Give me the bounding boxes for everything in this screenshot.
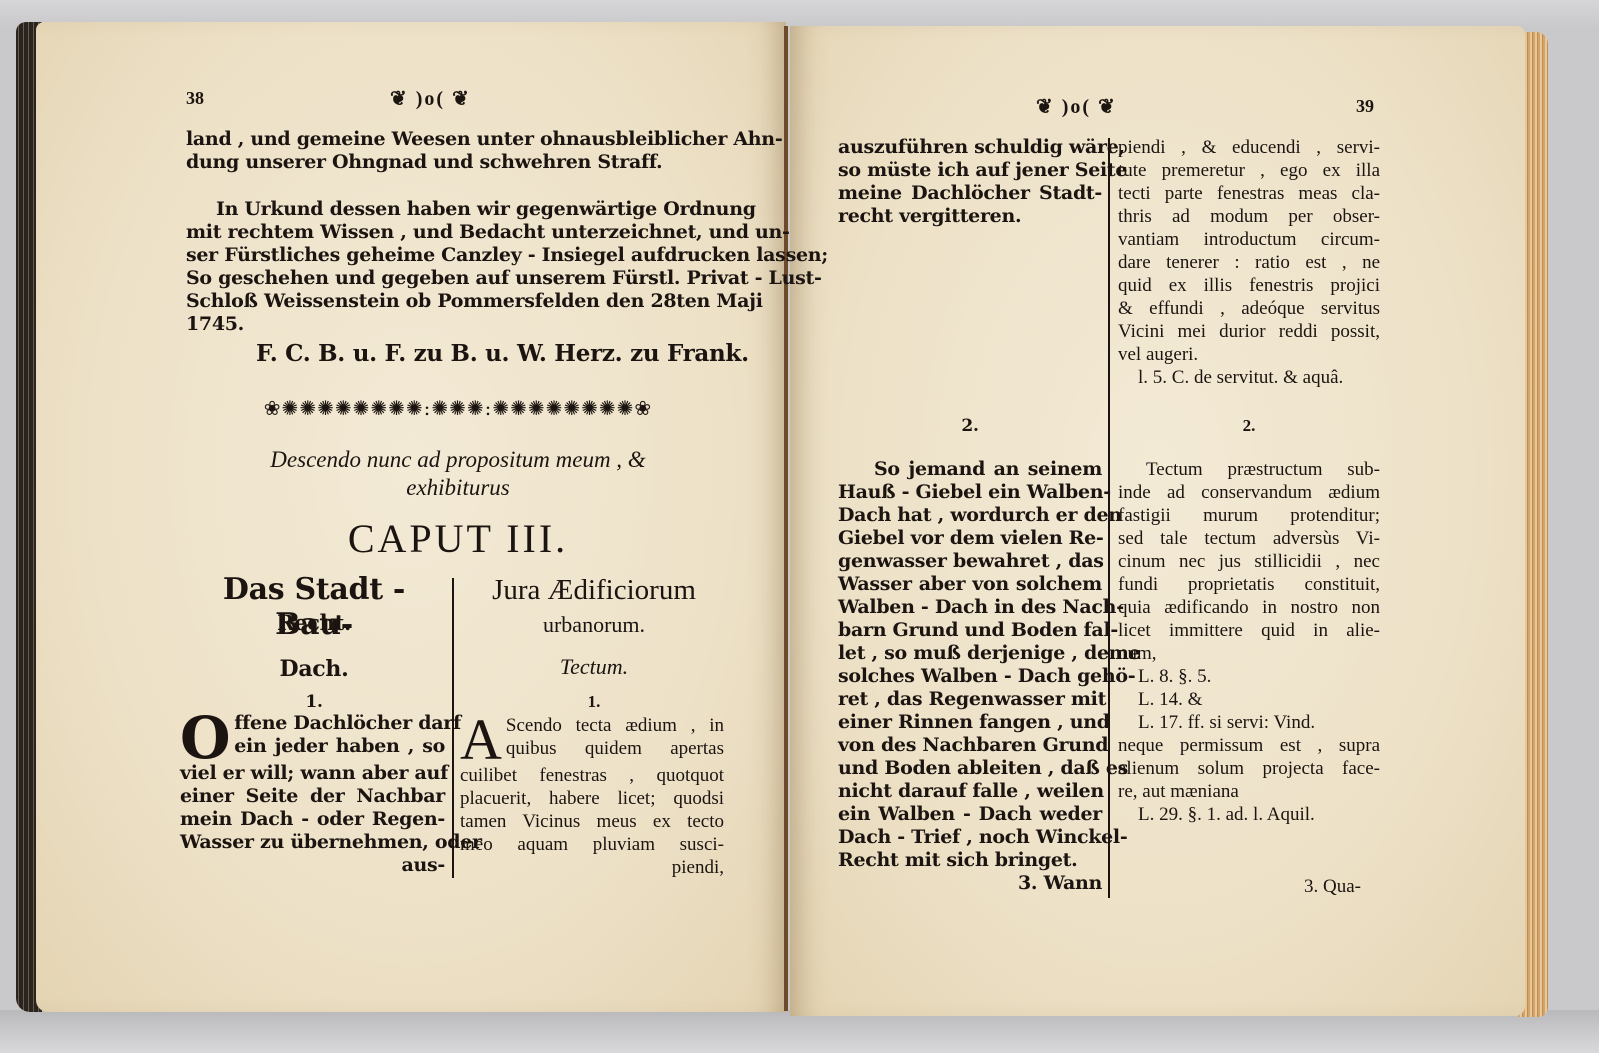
right-german-top: auszuführen schuldig wäre, so müste ich … (838, 136, 1102, 228)
citation: L. 17. ff. si servi: Vind. (1118, 711, 1380, 734)
catchword: 3. Qua- (1304, 876, 1361, 898)
right-latin-top: piendi , & educendi , servi- tute premer… (1118, 136, 1380, 389)
right-german-section-2: So jemand an seinem Hauß - Giebel ein Wa… (838, 458, 1102, 895)
german-heading-2: Recht. (180, 610, 448, 635)
german-section-1: O ffene Dachlöcher darf ein jeder haben … (180, 712, 445, 877)
chapter-title: CAPUT III. (186, 515, 730, 562)
ornament-band: ❀✺✺✺✺✺✺✺✺:✺✺✺:✺✺✺✺✺✺✺✺❀ (186, 396, 730, 420)
left-page-number: 38 (186, 88, 204, 109)
citation: L. 14. & (1118, 688, 1380, 711)
right-german-section-number: 2. (838, 416, 1102, 436)
latin-heading-2: urbanorum. (458, 612, 730, 638)
left-top-paragraph: land , und gemeine Weesen unter ohnausbl… (186, 128, 730, 174)
latin-subheading: Tectum. (458, 654, 730, 680)
citation: L. 8. §. 5. (1118, 665, 1380, 688)
background-bottom (0, 1010, 1599, 1053)
right-latin-section-number: 2. (1118, 416, 1380, 436)
drop-cap: O (180, 714, 230, 762)
right-page-number: 39 (1356, 96, 1374, 117)
right-running-head: ❦ )o( ❦ (1036, 94, 1117, 119)
latin-heading: Jura Ædificiorum (458, 574, 730, 607)
book-gutter (784, 26, 788, 1011)
intro-italic: Descendo nunc ad propositum meum , & exh… (186, 446, 730, 502)
drop-cap: A (460, 716, 502, 764)
column-divider-left (452, 578, 454, 878)
right-latin-section-2: Tectum præstructum sub- inde ad conserva… (1118, 458, 1380, 826)
latin-section-1: A Scendo tecta ædium , in quibus quidem … (460, 714, 724, 879)
catchword: 3. Wann (838, 872, 1102, 895)
citation: L. 29. §. 1. ad. l. Aquil. (1118, 803, 1380, 826)
german-subheading: Dach. (180, 656, 448, 682)
citation: l. 5. C. de servitut. & aquâ. (1118, 366, 1380, 389)
left-running-head: ❦ )o( ❦ (390, 86, 471, 111)
attestation-paragraph: In Urkund dessen haben wir gegenwärtige … (186, 198, 730, 336)
signature-line: F. C. B. u. F. zu B. u. W. Herz. zu Fran… (256, 340, 749, 367)
